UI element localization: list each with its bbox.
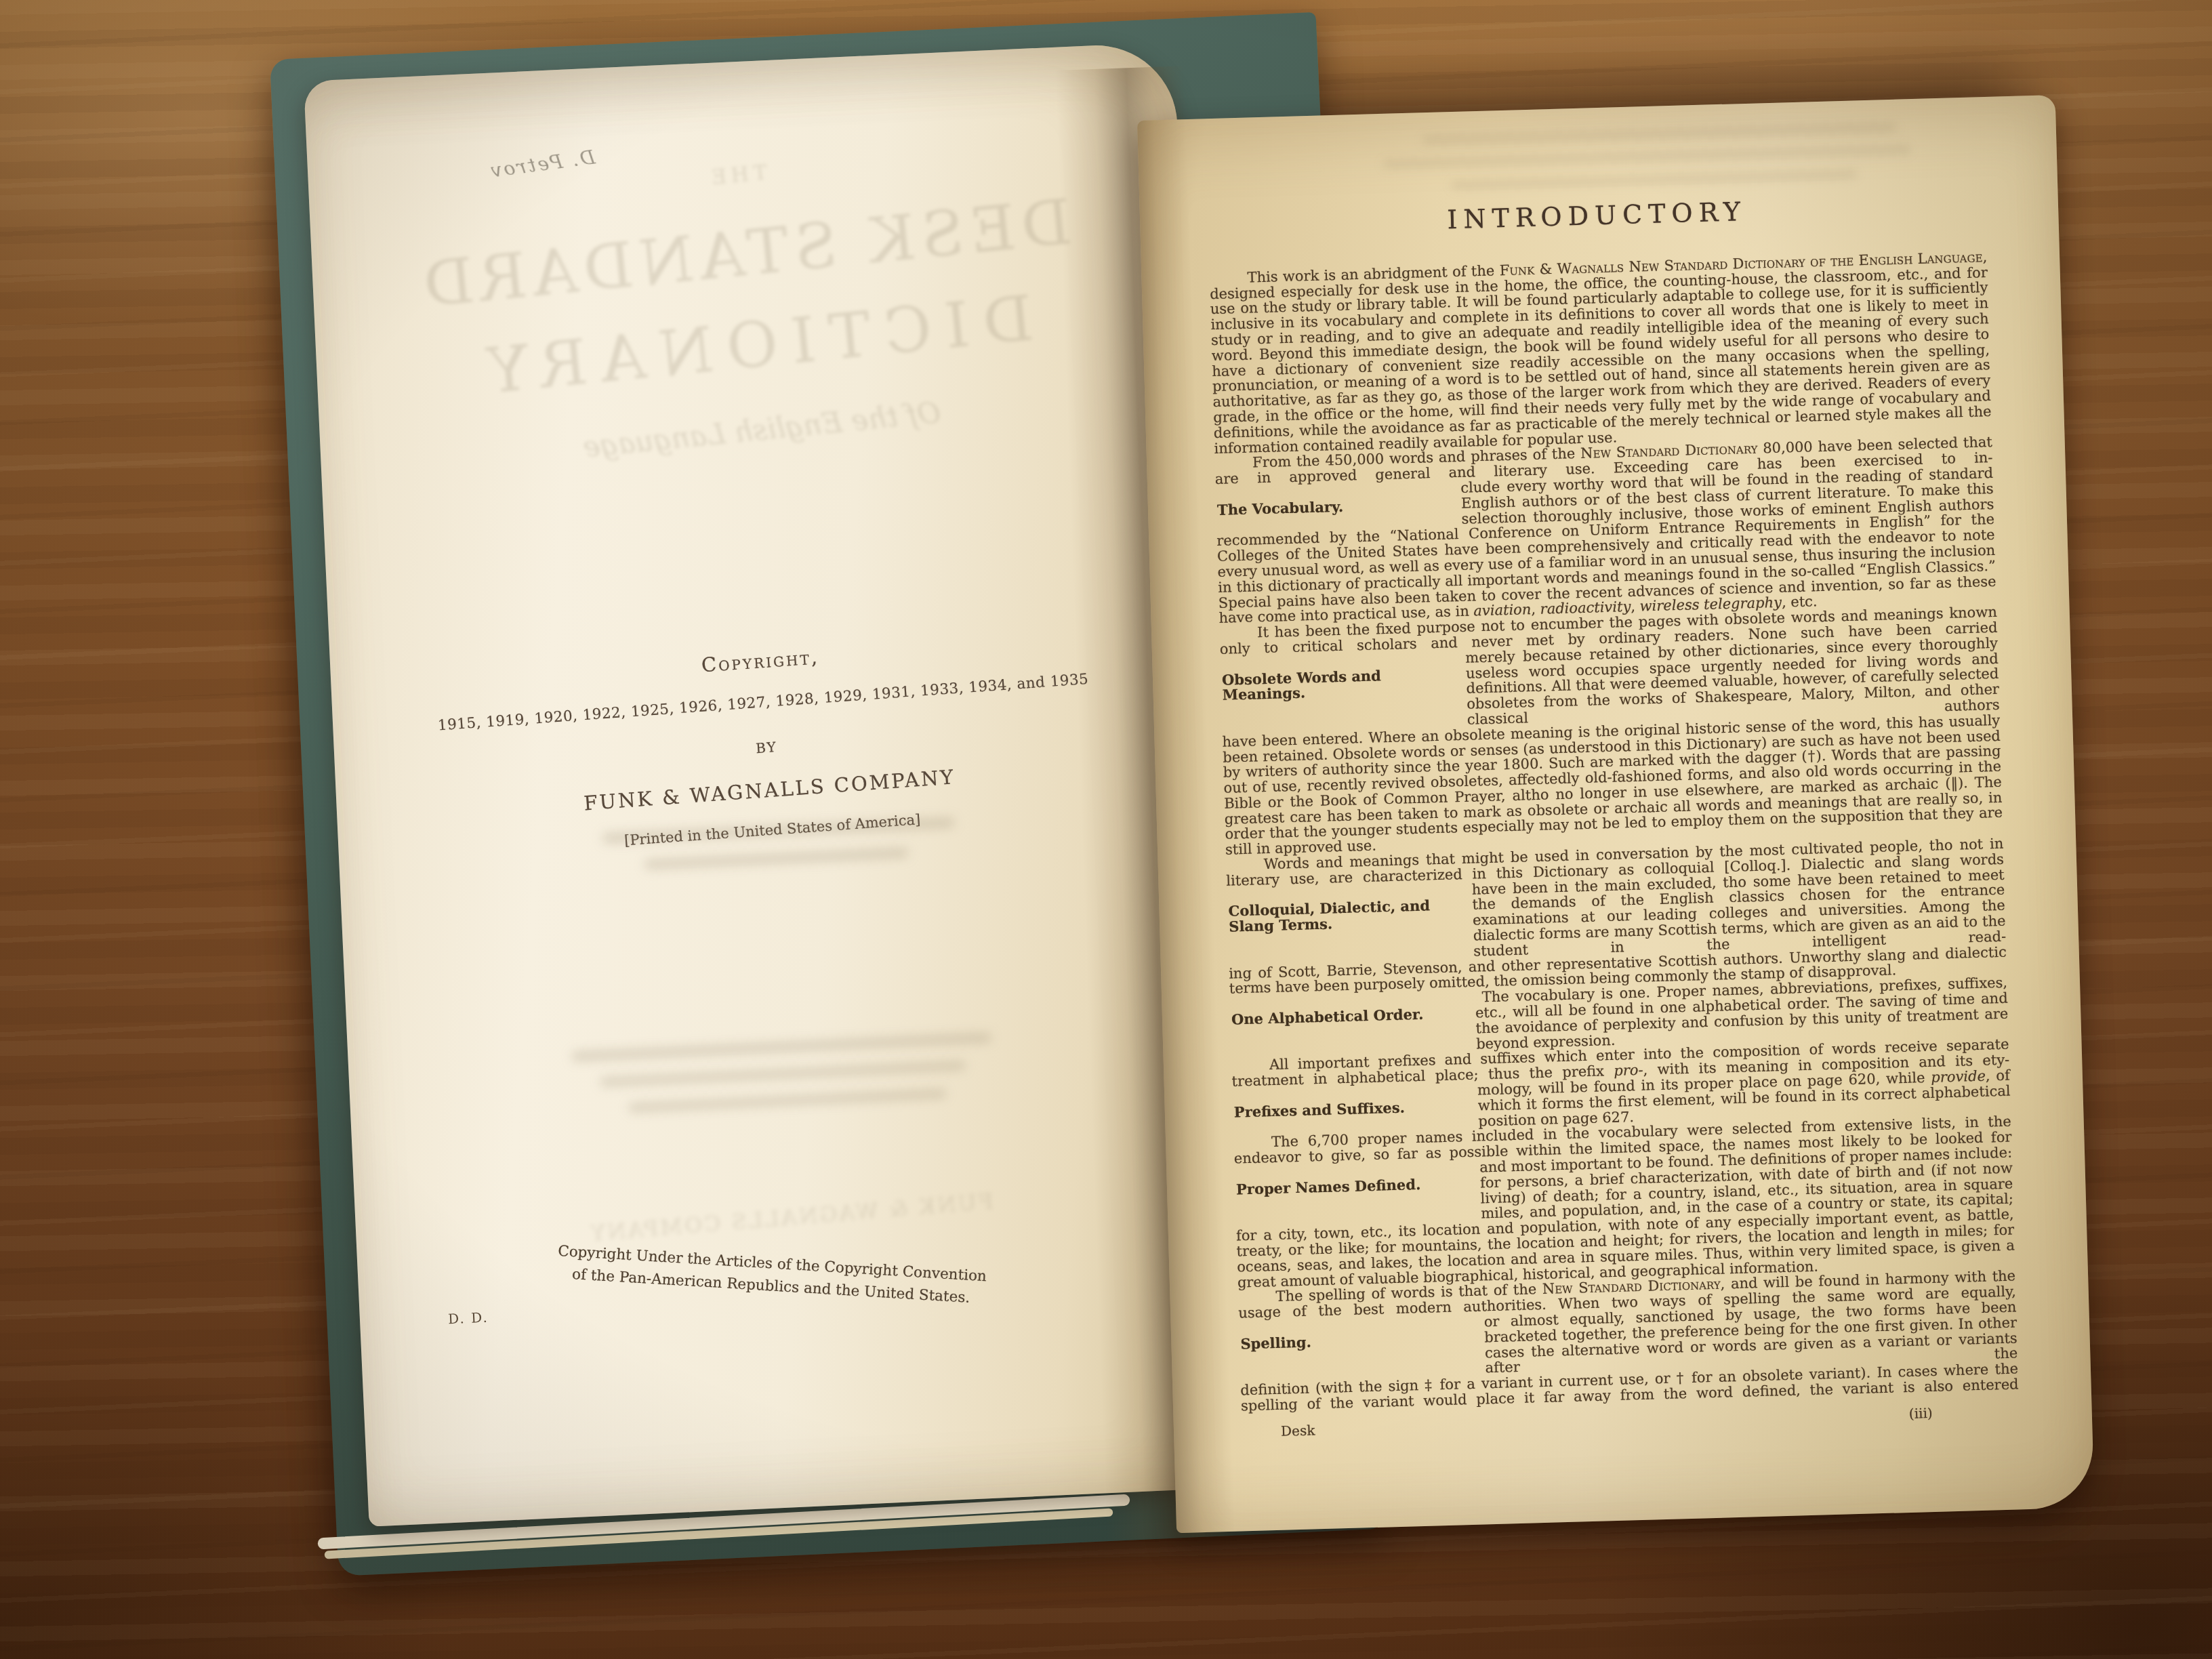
small-caps-phrase: Funk & Wagnalls New Standard Dictionary …	[1499, 249, 1982, 279]
italic-phrase: pro-	[1614, 1062, 1643, 1079]
paragraph-text: have been in the main excluded, tho some…	[1472, 867, 2007, 959]
paragraph: The spelling of words is that of the New…	[1237, 1269, 2019, 1414]
show-through-smudge	[571, 1032, 991, 1061]
introductory-text-block: INTRODUCTORY This work is an abridgment …	[1208, 197, 2020, 1440]
paragraph: It has been the fixed purpose not to enc…	[1219, 605, 2003, 858]
side-heading: Colloquial, Dialectic, and Slang Terms.	[1227, 882, 1474, 966]
paragraph: Words and meanings that might be used in…	[1225, 836, 2007, 997]
paragraphs-container: This work is an abridgment of the Funk &…	[1209, 249, 2019, 1414]
publisher-show-through: FUNK & WAGNALLS COMPANY	[356, 1170, 1226, 1265]
side-heading: The Vocabulary.	[1215, 480, 1462, 533]
paragraph-text: have been entered. Where an obsolete mea…	[1222, 713, 2003, 858]
side-heading: Spelling.	[1239, 1314, 1486, 1382]
show-through-smudge	[644, 848, 909, 870]
side-heading: Obsolete Words and Meanings.	[1220, 651, 1467, 735]
paragraph: From the 450,000 words and phrases of th…	[1214, 434, 1997, 626]
paragraph: The 6,700 proper names included in the v…	[1233, 1114, 2015, 1290]
show-through-smudge	[600, 1061, 966, 1086]
left-page: D. Petrov THE DESK STANDARD DICTIONARY O…	[304, 42, 1240, 1527]
paragraph-text: merely because retained by other diction…	[1465, 636, 2000, 728]
show-through-smudge	[628, 1089, 947, 1113]
photo-of-open-book: { "photo": { "colors": { "wood": "#7c4e2…	[0, 0, 2212, 1659]
page-number: (iii)	[1909, 1406, 1933, 1422]
page-heading: INTRODUCTORY	[1208, 197, 1986, 234]
italic-phrase: provide	[1931, 1068, 1986, 1086]
side-heading: Prefixes and Suffixes.	[1232, 1083, 1479, 1136]
paragraph: This work is an abridgment of the Funk &…	[1209, 249, 1992, 457]
side-heading: One Alphabetical Order.	[1229, 990, 1476, 1059]
right-page: INTRODUCTORY This work is an abridgment …	[1137, 95, 2095, 1533]
pan-american-copyright-note: Copyright Under the Articles of the Copy…	[530, 1238, 1013, 1311]
paragraph-text: This work is an abridgment of the Funk &…	[1209, 249, 1992, 457]
show-through-smudge	[1382, 145, 1911, 169]
show-through-smudge	[1451, 169, 1858, 190]
printer-mark: D. D.	[448, 1309, 489, 1328]
signature-mark: Desk	[1281, 1422, 1315, 1439]
side-heading: Proper Names Defined.	[1234, 1160, 1481, 1229]
show-through-smudge	[1422, 123, 1897, 146]
